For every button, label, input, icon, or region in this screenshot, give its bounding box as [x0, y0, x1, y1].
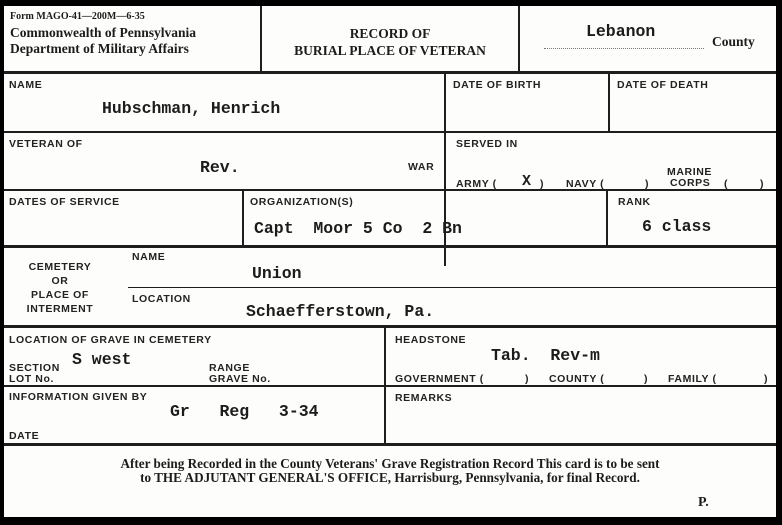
war-label: WAR — [408, 162, 434, 173]
information-given-by-label: INFORMATION GIVEN BY — [9, 392, 147, 403]
marine-open: ( — [724, 179, 728, 190]
agency-line-1: Commonwealth of Pennsylvania — [10, 26, 196, 40]
date-of-birth-label: DATE OF BIRTH — [453, 80, 541, 91]
section-value[interactable]: S west — [72, 352, 131, 369]
grave-number-label: GRAVE No. — [209, 374, 271, 385]
marine-label-1: MARINE — [667, 167, 712, 178]
served-in-label: SERVED IN — [456, 139, 518, 150]
rank-label: RANK — [618, 197, 651, 208]
divider — [242, 190, 244, 246]
county-value: Lebanon — [586, 24, 655, 41]
army-checkbox-mark[interactable]: X — [522, 174, 531, 189]
navy-close[interactable]: ) — [645, 179, 649, 190]
footer-initial: P. — [698, 496, 709, 511]
divider — [606, 190, 608, 246]
name-label: NAME — [9, 80, 42, 91]
divider — [128, 287, 776, 288]
divider — [4, 189, 776, 191]
county-label: County — [712, 35, 755, 49]
information-given-by-value[interactable]: Gr Reg 3-34 — [170, 404, 319, 421]
divider — [4, 385, 776, 387]
marine-label-2: CORPS — [670, 178, 710, 189]
cemetery-name-value[interactable]: Union — [252, 266, 302, 283]
dates-of-service-label: DATES OF SERVICE — [9, 197, 120, 208]
burial-record-card: Form MAGO-41—200M—6-35 Commonwealth of P… — [4, 6, 776, 517]
grave-location-label: LOCATION OF GRAVE IN CEMETERY — [9, 335, 212, 346]
headstone-label: HEADSTONE — [395, 335, 466, 346]
title-line-2: BURIAL PLACE OF VETERAN — [262, 44, 518, 58]
divider — [4, 245, 776, 248]
cemetery-name-label: NAME — [132, 252, 165, 263]
government-label: GOVERNMENT ( — [395, 374, 484, 385]
cemetery-side-label-3: PLACE OF — [10, 290, 110, 301]
name-value[interactable]: Hubschman, Henrich — [102, 101, 280, 118]
date-label: DATE — [9, 431, 39, 442]
agency-line-2: Department of Military Affairs — [10, 42, 189, 56]
cemetery-side-label-1: CEMETERY — [10, 262, 110, 273]
army-label: ARMY ( — [456, 179, 497, 190]
rank-value[interactable]: 6 class — [642, 219, 711, 236]
county-headstone-label: COUNTY ( — [549, 374, 604, 385]
organizations-label: ORGANIZATION(S) — [250, 197, 353, 208]
navy-label: NAVY ( — [566, 179, 604, 190]
footer-line-1: After being Recorded in the County Veter… — [4, 457, 776, 471]
veteran-of-value[interactable]: Rev. — [200, 160, 240, 177]
family-label: FAMILY ( — [668, 374, 717, 385]
cemetery-side-label-2: OR — [10, 276, 110, 287]
date-of-death-label: DATE OF DEATH — [617, 80, 708, 91]
remarks-label: REMARKS — [395, 393, 452, 404]
government-close[interactable]: ) — [525, 374, 529, 385]
section-label: SECTION — [9, 363, 60, 374]
footer-line-2: to THE ADJUTANT GENERAL'S OFFICE, Harris… — [4, 471, 776, 485]
family-close[interactable]: ) — [764, 374, 768, 385]
divider — [608, 72, 610, 132]
headstone-value[interactable]: Tab. Rev-m — [491, 348, 600, 365]
veteran-of-label: VETERAN OF — [9, 139, 83, 150]
divider — [518, 6, 520, 72]
divider — [4, 71, 776, 74]
divider — [4, 131, 776, 133]
divider — [4, 443, 776, 446]
cemetery-location-value[interactable]: Schaefferstown, Pa. — [246, 304, 434, 321]
organizations-value[interactable]: Capt Moor 5 Co 2 Bn — [254, 221, 462, 238]
cemetery-location-label: LOCATION — [132, 294, 191, 305]
army-close: ) — [540, 179, 544, 190]
marine-close[interactable]: ) — [760, 179, 764, 190]
lot-label: LOT No. — [9, 374, 54, 385]
county-underline — [544, 48, 704, 49]
form-number: Form MAGO-41—200M—6-35 — [10, 12, 145, 23]
cemetery-side-label-4: INTERMENT — [10, 304, 110, 315]
divider — [4, 325, 776, 328]
county-headstone-close[interactable]: ) — [644, 374, 648, 385]
range-label: RANGE — [209, 363, 250, 374]
title-line-1: RECORD OF — [262, 27, 518, 41]
